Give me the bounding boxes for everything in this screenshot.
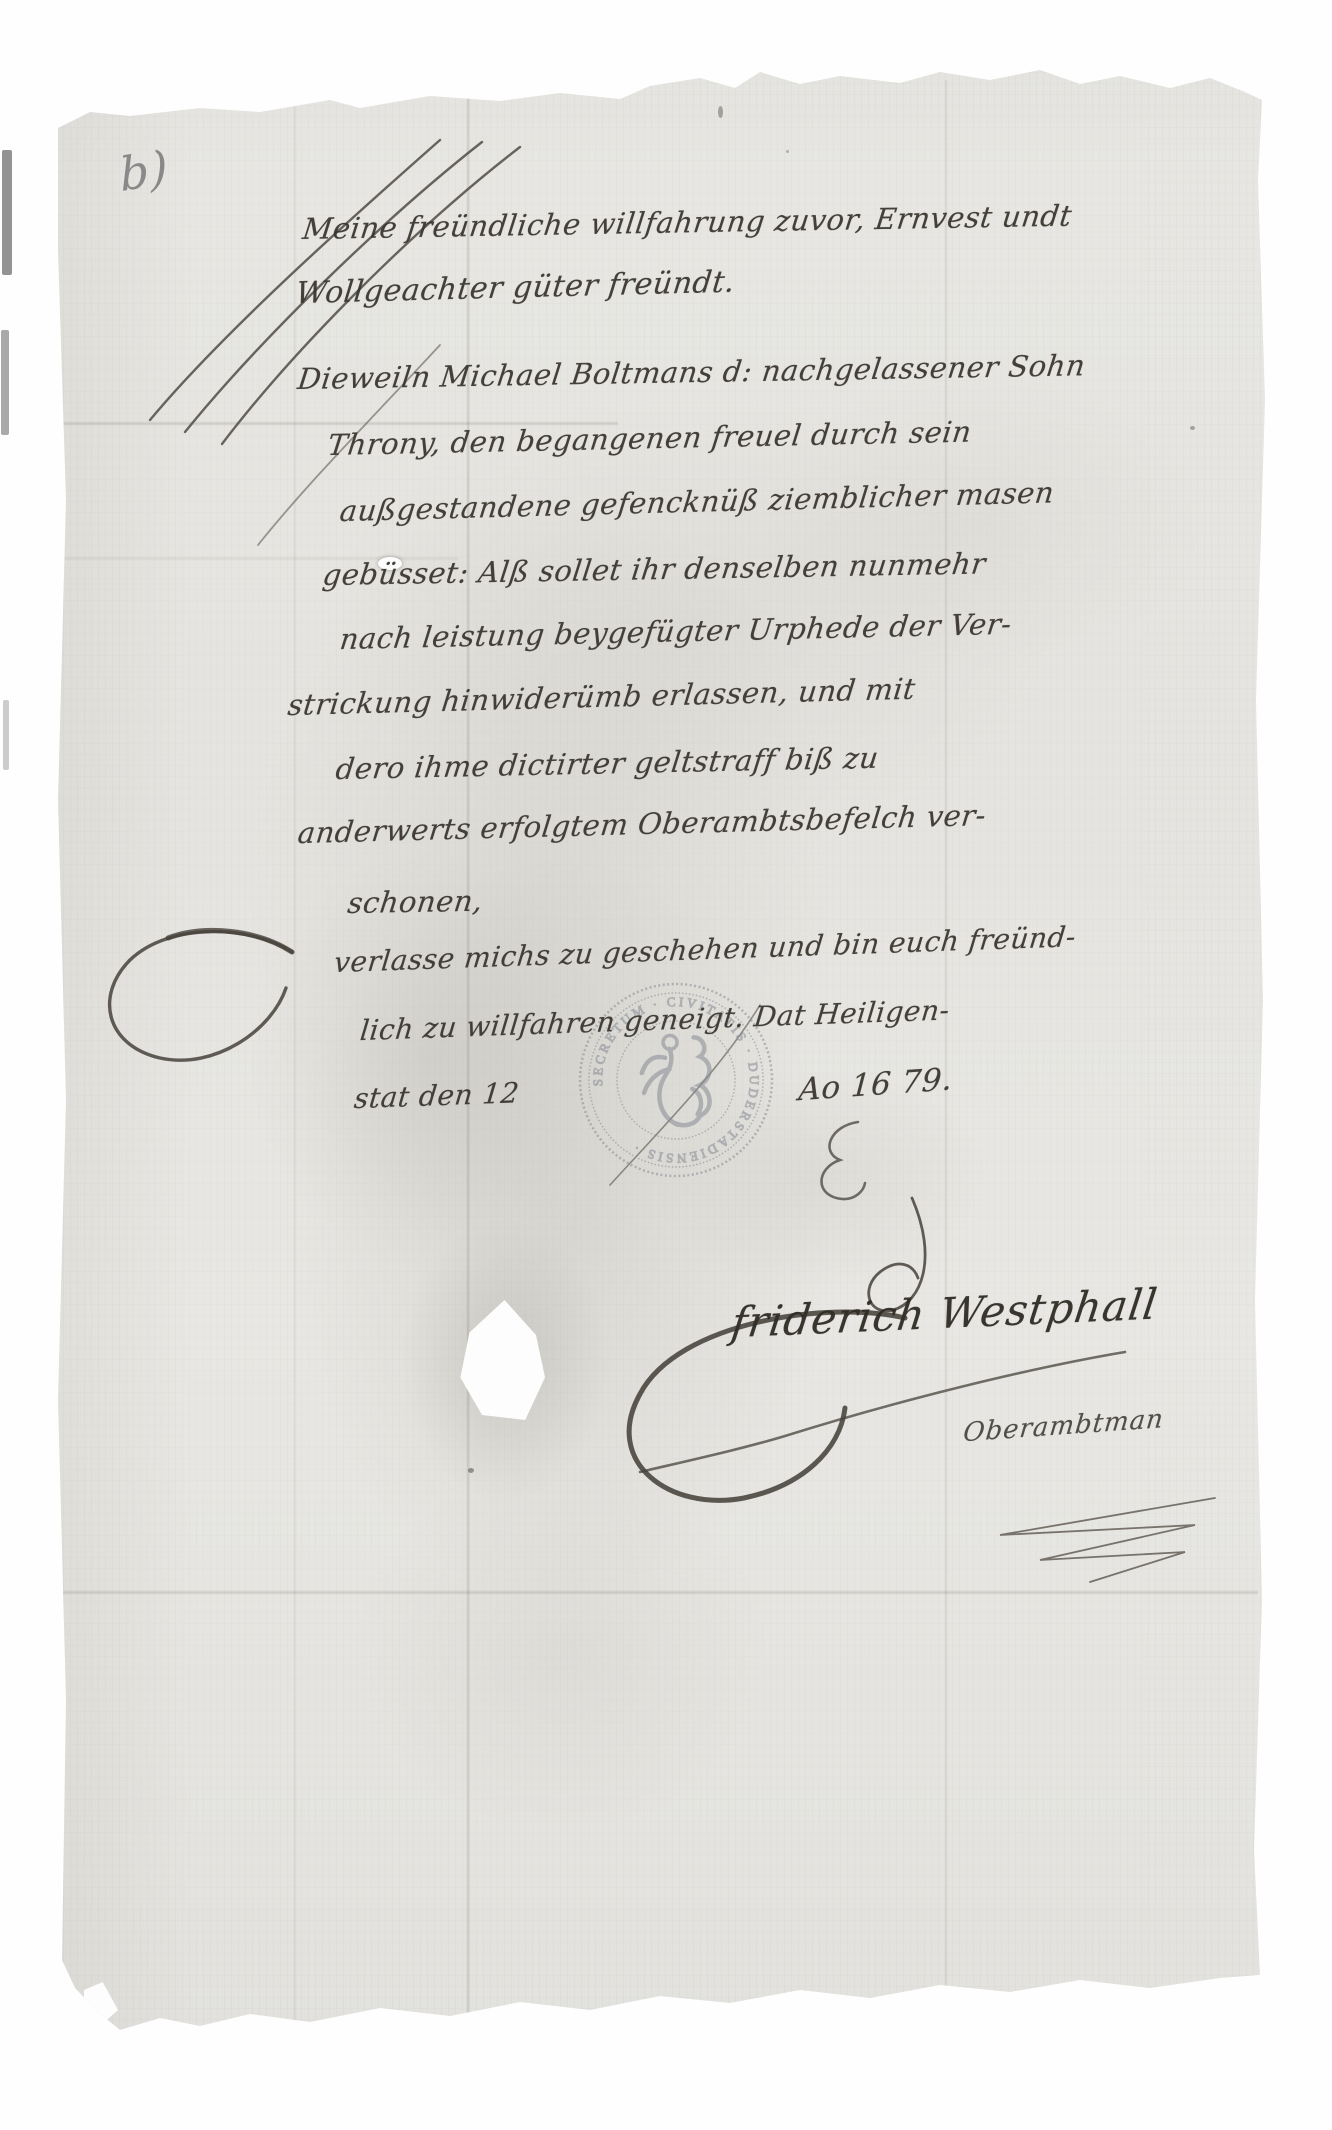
ink-speck <box>468 1468 474 1473</box>
body-line: schonen, <box>346 884 485 920</box>
scan-edge-mark <box>3 700 9 770</box>
ink-speck <box>718 106 723 118</box>
scan-edge-mark <box>2 150 12 275</box>
closing-dateline: stat den 12 <box>353 1076 521 1115</box>
paper-edge-shadow <box>0 0 1332 2130</box>
letter-paper <box>0 0 1332 2130</box>
archival-mark: b) <box>118 139 170 202</box>
ink-speck <box>1190 426 1195 430</box>
scan-edge-mark <box>1 330 9 435</box>
scanned-letter-page: SECRETUM · CIVITATIS · DUDERSTADIENSIS ·… <box>0 0 1332 2130</box>
ink-speck <box>786 150 789 153</box>
